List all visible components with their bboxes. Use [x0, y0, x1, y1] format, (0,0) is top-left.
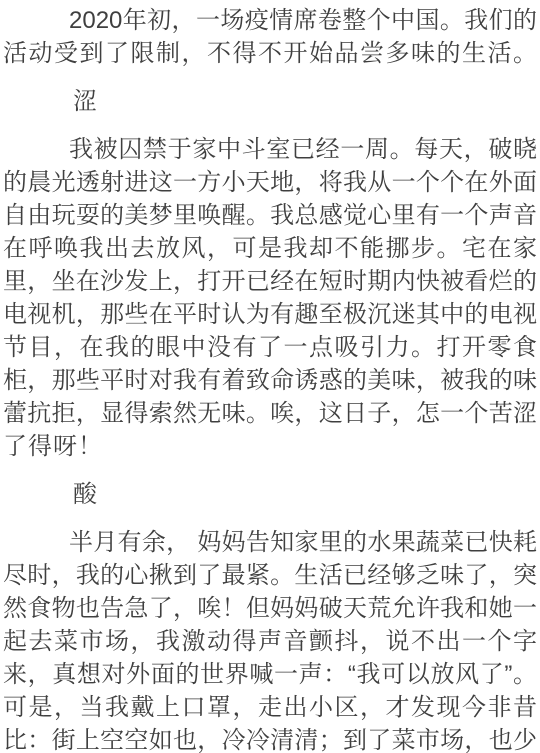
text-line: 自由玩耍的美梦里唤醒。我总感觉心里有一个声音	[3, 199, 537, 232]
text-line: 里，坐在沙发上，打开已经在短时期内快被看烂的	[3, 265, 537, 298]
document-page: 2020年初，一场疫情席卷整个中国。我们的活动受到了限制，不得不开始品尝多味的生…	[0, 0, 540, 753]
essay-paragraph: 2020年初，一场疫情席卷整个中国。我们的活动受到了限制，不得不开始品尝多味的生…	[3, 4, 537, 70]
text-line: 在呼唤我出去放风，可是我却不能挪步。宅在家	[3, 232, 537, 265]
text-line: 半月有余， 妈妈告知家里的水果蔬菜已快耗	[3, 526, 537, 559]
text-line: 的晨光透射进这一方小天地，将我从一个个在外面	[3, 166, 537, 199]
text-line: 起去菜市场，我激动得声音颤抖，说不出一个字	[3, 625, 537, 658]
text-line: 柜，那些平时对我有着致命诱惑的美味，被我的味	[3, 364, 537, 397]
text-line: 可是，当我戴上口罩，走出小区，才发现今非昔	[3, 691, 537, 724]
text-line: 尽时，我的心揪到了最紧。生活已经够乏味了，突	[3, 559, 537, 592]
text-line: 我被囚禁于家中斗室已经一周。每天，破晓	[3, 133, 537, 166]
text-line: 电视机，那些在平时认为有趣至极沉迷其中的电视	[3, 298, 537, 331]
section-heading-text: 酸	[3, 478, 537, 511]
section-heading: 涩	[3, 85, 537, 118]
essay-content: 2020年初，一场疫情席卷整个中国。我们的活动受到了限制，不得不开始品尝多味的生…	[3, 4, 537, 753]
text-line: 节目，在我的眼中没有了一点吸引力。打开零食	[3, 331, 537, 364]
text-line: 活动受到了限制，不得不开始品尝多味的生活。	[3, 37, 537, 70]
text-line: 2020年初，一场疫情席卷整个中国。我们的	[3, 4, 537, 37]
essay-paragraph: 我被囚禁于家中斗室已经一周。每天，破晓的晨光透射进这一方小天地，将我从一个个在外…	[3, 133, 537, 463]
essay-paragraph: 半月有余， 妈妈告知家里的水果蔬菜已快耗尽时，我的心揪到了最紧。生活已经够乏味了…	[3, 526, 537, 753]
text-line: 了得呀！	[3, 430, 537, 463]
text-line: 来，真想对外面的世界喊一声：“我可以放风了”。	[3, 658, 537, 691]
text-line: 比：街上空空如也，冷冷清清；到了菜市场，也少	[3, 724, 537, 753]
text-line: 蕾抗拒，显得索然无味。唉，这日子，怎一个苦涩	[3, 397, 537, 430]
section-heading: 酸	[3, 478, 537, 511]
section-heading-text: 涩	[3, 85, 537, 118]
text-line: 然食物也告急了，唉！但妈妈破天荒允许我和她一	[3, 592, 537, 625]
